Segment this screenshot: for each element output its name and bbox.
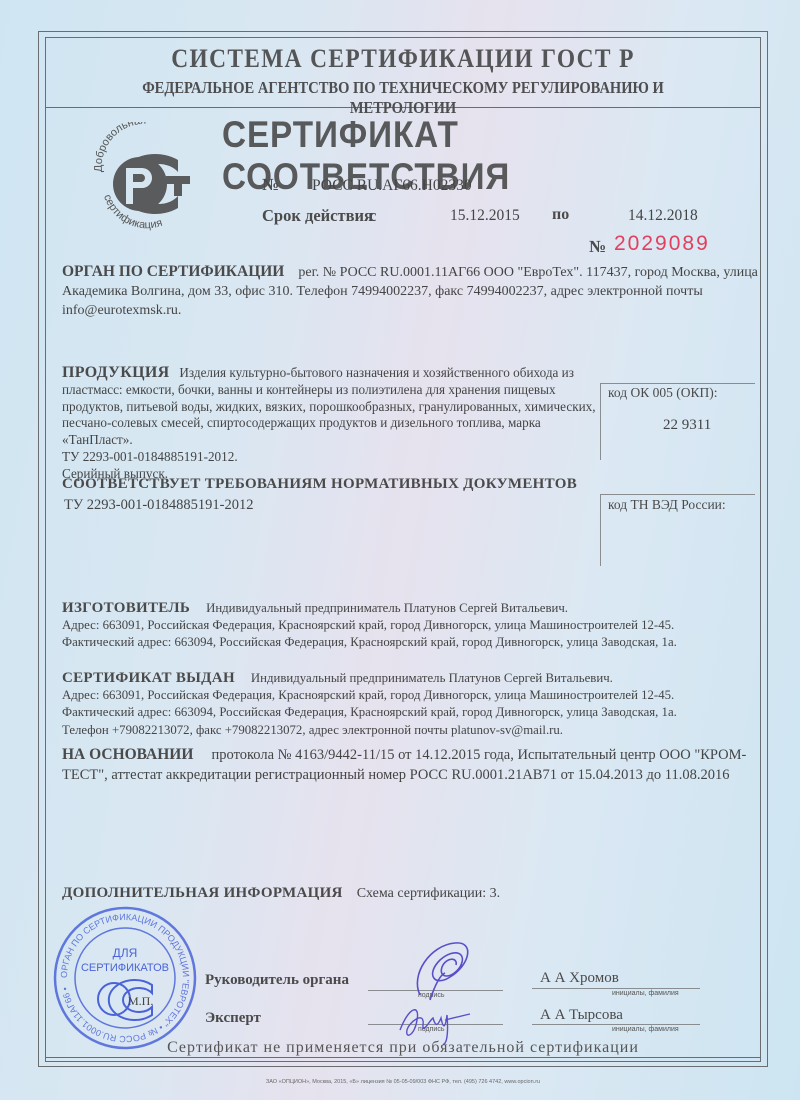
conformity-section: СООТВЕТСТВУЕТ ТРЕБОВАНИЯМ НОРМАТИВНЫХ ДО… (62, 475, 602, 493)
product-spec: ТУ 2293-001-0184885191-2012. (62, 449, 238, 464)
tnved-label: код ТН ВЭД России: (608, 497, 726, 513)
manufacturer-name: Индивидуальный предприниматель Платунов … (206, 601, 568, 615)
issued-to-contacts: Телефон +79082213072, факс +79082213072,… (62, 723, 563, 737)
manufacturer-address: Адрес: 663091, Российская Федерация, Кра… (62, 618, 674, 632)
form-serial-number: 2029089 (614, 232, 710, 256)
additional-info-heading: ДОПОЛНИТЕЛЬНАЯ ИНФОРМАЦИЯ (62, 885, 343, 901)
additional-info-section: ДОПОЛНИТЕЛЬНАЯ ИНФОРМАЦИЯ Схема сертифик… (62, 884, 762, 903)
basis-heading: НА ОСНОВАНИИ (62, 746, 193, 763)
valid-from-date: 15.12.2015 (450, 207, 520, 225)
form-number-label: № (589, 237, 606, 257)
system-title: СИСТЕМА СЕРТИФИКАЦИИ ГОСТ Р (81, 44, 725, 74)
agency-name: ФЕДЕРАЛЬНОЕ АГЕНТСТВО ПО ТЕХНИЧЕСКОМУ РЕ… (88, 78, 718, 118)
svg-text:М.П.: М.П. (128, 994, 153, 1008)
manufacturer-heading: ИЗГОТОВИТЕЛЬ (62, 600, 190, 616)
head-signature-icon (400, 935, 490, 1010)
footer-divider (45, 1057, 761, 1058)
expert-name-line (532, 1024, 700, 1025)
normative-document: ТУ 2293-001-0184885191-2012 (64, 497, 253, 514)
validity-from-label: с (369, 206, 376, 226)
manufacturer-actual-address: Фактический адрес: 663094, Российская Фе… (62, 635, 677, 649)
expert-label: Эксперт (205, 1010, 261, 1027)
basis-section: НА ОСНОВАНИИ протокола № 4163/9442-11/15… (62, 745, 762, 785)
issued-to-actual-address: Фактический адрес: 663094, Российская Фе… (62, 705, 677, 719)
validity-to-label: по (552, 206, 569, 224)
head-name-line (532, 988, 700, 989)
expert-name: А А Тырсова (540, 1007, 623, 1024)
issued-to-address: Адрес: 663091, Российская Федерация, Кра… (62, 688, 674, 702)
issued-to-section: СЕРТИФИКАТ ВЫДАН Индивидуальный предприн… (62, 670, 762, 739)
footer-note: Сертификат не применяется при обязательн… (45, 1039, 761, 1057)
conformity-heading: СООТВЕТСТВУЕТ ТРЕБОВАНИЯМ НОРМАТИВНЫХ ДО… (62, 476, 577, 492)
svg-text:ОРГАН ПО СЕРТИФИКАЦИИ ПРОДУКЦИ: ОРГАН ПО СЕРТИФИКАЦИИ ПРОДУКЦИИ "ЕВРОТЕХ… (59, 912, 191, 1044)
issued-to-heading: СЕРТИФИКАТ ВЫДАН (62, 670, 235, 686)
certification-body-heading: ОРГАН ПО СЕРТИФИКАЦИИ (62, 263, 284, 280)
svg-text:СЕРТИФИКАТОВ: СЕРТИФИКАТОВ (81, 962, 169, 974)
issued-to-name: Индивидуальный предприниматель Платунов … (251, 671, 613, 685)
seal-stamp-icon: ОРГАН ПО СЕРТИФИКАЦИИ ПРОДУКЦИИ "ЕВРОТЕХ… (52, 905, 198, 1051)
valid-to-date: 14.12.2018 (628, 207, 698, 225)
printer-imprint: ЗАО «ОПЦИОН», Москва, 2015, «Б» лицензия… (45, 1079, 761, 1085)
head-name-caption: инициалы, фамилия (612, 990, 679, 997)
certification-body-section: ОРГАН ПО СЕРТИФИКАЦИИ рег. № РОСС RU.000… (62, 262, 762, 320)
validity-label: Срок действия (262, 206, 373, 226)
rst-logo-icon: Добровольная сертификация (90, 122, 200, 232)
expert-name-caption: инициалы, фамилия (612, 1026, 679, 1033)
svg-text:ДЛЯ: ДЛЯ (113, 946, 138, 960)
additional-info-text: Схема сертификации: 3. (357, 886, 500, 901)
document-title: СЕРТИФИКАТ СООТВЕТСТВИЯ (222, 114, 742, 198)
product-section: ПРОДУКЦИЯ Изделия культурно-бытового наз… (62, 365, 607, 483)
head-name: А А Хромов (540, 970, 619, 987)
okp-value: 22 9311 (663, 417, 711, 434)
head-of-body-label: Руководитель органа (205, 972, 349, 989)
okp-label: код ОК 005 (ОКП): (608, 385, 717, 401)
product-heading: ПРОДУКЦИЯ (62, 364, 169, 381)
number-label: № (262, 175, 279, 195)
certificate-number: РОСС RU.АГ66.Н02330 (312, 177, 472, 195)
manufacturer-section: ИЗГОТОВИТЕЛЬ Индивидуальный предпринимат… (62, 600, 762, 652)
